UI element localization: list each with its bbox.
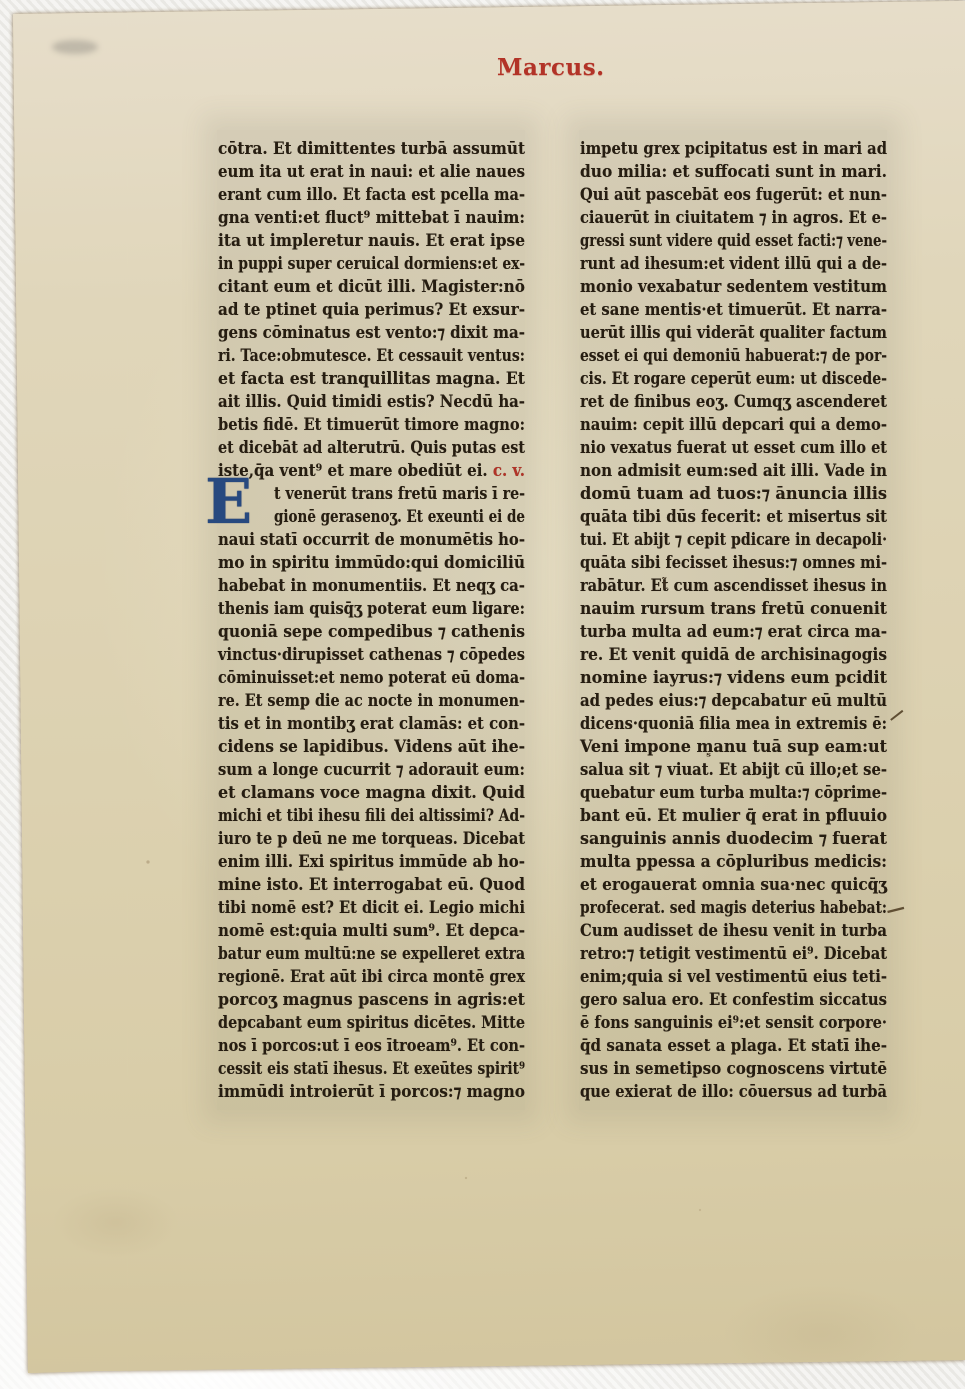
text-line: eum ita ut erat in naui: et alie naues xyxy=(218,160,525,183)
text-line: profecerat. sed magis deterius habebat: xyxy=(580,896,887,919)
margin-pen-stroke-1: — xyxy=(884,702,910,728)
text-line: cōminuisset:et nemo poterat eū doma- xyxy=(218,666,525,689)
text-line-content: re. Et venit quidā de archisinagogis xyxy=(580,643,887,666)
text-line-content: quoniā sepe compedibus ⁊ cathenis xyxy=(218,620,525,643)
text-line: quebatur eum turba multa:⁊ cōprime- xyxy=(580,781,887,804)
text-line-content: michi et tibi ihesu fili dei altissimi? … xyxy=(218,804,525,827)
text-line-content: gressi sunt videre quid esset facti:⁊ ve… xyxy=(580,229,887,252)
text-line: nauim rursum trans fretū conuenit xyxy=(580,597,887,620)
text-line-content: betis fidē. Et timuerūt timore magno: xyxy=(218,413,525,436)
text-line: uerūt illis qui viderāt qualiter factum xyxy=(580,321,887,344)
text-line: ad pedes eius:⁊ depcabatur eū multū xyxy=(580,689,887,712)
text-line-content: mine isto. Et interrogabat eū. Quod xyxy=(218,873,525,896)
text-line: bant eū. Et mulier q̄ erat in pfluuio xyxy=(580,804,887,827)
text-line-content: vinctus·dirupisset cathenas ⁊ cōpedes xyxy=(218,643,525,666)
text-line: mo in spiritu immūdo:qui domiciliū xyxy=(218,551,525,574)
text-line: gens cōminatus est vento:⁊ dixit ma- xyxy=(218,321,525,344)
text-line-content: Cum audisset de ihesu venit in turba xyxy=(580,919,887,942)
text-line: dicens·quoniā filia mea in extremis ē: xyxy=(580,712,887,735)
text-line: esset ei qui demoniū habuerat:⁊ de por- xyxy=(580,344,887,367)
text-line: erant cum illo. Et facta est pcella ma- xyxy=(218,183,525,206)
text-line: sus in semetipso cognoscens virtutē xyxy=(580,1057,887,1080)
text-line: et erogauerat omnia sua·nec quicq̄ʒ xyxy=(580,873,887,896)
text-line-content: sanguinis annis duodecim ⁊ fuerat xyxy=(580,827,887,850)
text-line-content: tibi nomē est? Et dicit ei. Legio michi xyxy=(218,896,525,919)
text-line: enim;quia si vel vestimentū eius teti- xyxy=(580,965,887,988)
text-line-content: rabātur. Et cum ascendisset ihesus in xyxy=(580,574,887,597)
text-line: porcoʒ magnus pascens in agris:et xyxy=(218,988,525,1011)
text-line: in puppi super ceruical dormiens:et ex- xyxy=(218,252,525,275)
text-line: ciauerūt in ciuitatem ⁊ in agros. Et e- xyxy=(580,206,887,229)
text-line-content: domū tuam ad tuos:⁊ ānuncia illis xyxy=(580,482,887,505)
text-line-content: quāta tibi dūs fecerit: et misertus sit xyxy=(580,505,887,528)
text-line: gero salua ero. Et confestim siccatus xyxy=(580,988,887,1011)
interlinear-correction-2: ˢ xyxy=(706,750,711,765)
text-line: iuro te p deū ne me torqueas. Dicebat xyxy=(218,827,525,850)
text-line-content: et facta est tranquillitas magna. Et xyxy=(218,367,525,390)
text-line: gressi sunt videre quid esset facti:⁊ ve… xyxy=(580,229,887,252)
text-line-content: dicens·quoniā filia mea in extremis ē: xyxy=(580,712,887,735)
text-line-content: duo milia: et suffocati sunt in mari. xyxy=(580,160,887,183)
text-column-left: cōtra. Et dimittentes turbā assumūteum i… xyxy=(218,137,525,1103)
text-line: regionē. Erat aūt ibi circa montē grex xyxy=(218,965,525,988)
text-line: mine isto. Et interrogabat eū. Quod xyxy=(218,873,525,896)
text-line-content: Qui aūt pascebāt eos fugerūt: et nun- xyxy=(580,183,887,206)
pencil-mark xyxy=(52,40,98,54)
text-line-content: nio vexatus fuerat ut esset cum illo et xyxy=(580,436,887,459)
text-line: Qui aūt pascebāt eos fugerūt: et nun- xyxy=(580,183,887,206)
text-line: betis fidē. Et timuerūt timore magno: xyxy=(218,413,525,436)
text-line: que exierat de illo: cōuersus ad turbā xyxy=(580,1080,887,1103)
text-line-content: runt ad ihesum:et vident illū qui a de- xyxy=(580,252,887,275)
text-line-content: batur eum multū:ne se expelleret extra xyxy=(218,942,525,965)
text-line: cōtra. Et dimittentes turbā assumūt xyxy=(218,137,525,160)
text-line-content: regionē. Erat aūt ibi circa montē grex xyxy=(218,965,525,988)
text-line: nomine iayrus:⁊ videns eum pcidit xyxy=(580,666,887,689)
text-line: citant eum et dicūt illi. Magister:nō xyxy=(218,275,525,298)
text-line: cidens se lapidibus. Videns aūt ihe- xyxy=(218,735,525,758)
text-line: cessit eis statī ihesus. Et exeūtes spir… xyxy=(218,1057,525,1080)
text-line-content: cidens se lapidibus. Videns aūt ihe- xyxy=(218,735,525,758)
text-line-content: gionē gerasenoʒ. Et exeunti ei de xyxy=(274,505,525,528)
text-line: tibi nomē est? Et dicit ei. Legio michi xyxy=(218,896,525,919)
text-line: q̄d sanata esset a plaga. Et statī ihe- xyxy=(580,1034,887,1057)
text-line: nauim: cepit illū depcari qui a demo- xyxy=(580,413,887,436)
text-line: sanguinis annis duodecim ⁊ fuerat xyxy=(580,827,887,850)
text-line: tui. Et abijt ⁊ cepit pdicare in decapol… xyxy=(580,528,887,551)
text-line-content: nomē est:quia multi sum⁹. Et depca- xyxy=(218,919,525,942)
chapter-rubric: c. v. xyxy=(493,461,525,480)
text-line: gna venti:et fluct⁹ mittebat ī nauim: xyxy=(218,206,525,229)
text-line: ita ut impleretur nauis. Et erat ipse xyxy=(218,229,525,252)
text-line-content: quebatur eum turba multa:⁊ cōprime- xyxy=(580,781,887,804)
text-line-content: impetu grex pcipitatus est in mari ad xyxy=(580,137,887,160)
text-line: Cum audisset de ihesu venit in turba xyxy=(580,919,887,942)
text-line: sum a longe cucurrit ⁊ adorauit eum: xyxy=(218,758,525,781)
text-line-content: iuro te p deū ne me torqueas. Dicebat xyxy=(218,827,525,850)
text-line-content: ri. Tace:obmutesce. Et cessauit ventus: xyxy=(218,344,525,367)
text-line-content: monio vexabatur sedentem vestitum xyxy=(580,275,887,298)
text-line-content: re. Et semp die ac nocte in monumen- xyxy=(218,689,525,712)
text-line: ad te ptinet quia perimus? Et exsur- xyxy=(218,298,525,321)
text-line: turba multa ad eum:⁊ erat circa ma- xyxy=(580,620,887,643)
text-line-content: ad te ptinet quia perimus? Et exsur- xyxy=(218,298,525,321)
text-line: ē fons sanguinis ei⁹:et sensit corpore· xyxy=(580,1011,887,1034)
text-line-content: thenis iam quisq̄ʒ poterat eum ligare: xyxy=(218,597,525,620)
leaf-edge-shadow: Marcus. cōtra. Et dimittentes turbā assu… xyxy=(0,0,965,1389)
text-line-content: salua sit ⁊ viuat. Et abijt cū illo;et s… xyxy=(580,758,887,781)
text-line-content: ē fons sanguinis ei⁹:et sensit corpore· xyxy=(580,1011,887,1034)
text-line-content: Veni impone manu tuā sup eam:ut xyxy=(580,735,887,758)
margin-pen-stroke-2: — xyxy=(884,896,908,922)
text-line-content: q̄d sanata esset a plaga. Et statī ihe- xyxy=(580,1034,887,1057)
text-line-content: esset ei qui demoniū habuerat:⁊ de por- xyxy=(580,344,887,367)
interlinear-correction-1: t̃ xyxy=(662,578,668,592)
text-line: et sane mentis·et timuerūt. Et narra- xyxy=(580,298,887,321)
text-line: immūdi introierūt ī porcos:⁊ magno xyxy=(218,1080,525,1103)
text-line-content: gero salua ero. Et confestim siccatus xyxy=(580,988,887,1011)
text-line: et dicebāt ad alterutrū. Quis putas est xyxy=(218,436,525,459)
running-title: Marcus. xyxy=(497,54,617,81)
text-line-content: uerūt illis qui viderāt qualiter factum xyxy=(580,321,887,344)
text-line-content: sus in semetipso cognoscens virtutē xyxy=(580,1057,887,1080)
text-line-content: immūdi introierūt ī porcos:⁊ magno xyxy=(218,1080,525,1103)
text-column-right: impetu grex pcipitatus est in mari adduo… xyxy=(580,137,887,1103)
text-line: vinctus·dirupisset cathenas ⁊ cōpedes xyxy=(218,643,525,666)
text-line: tis et in montibʒ erat clamās: et con- xyxy=(218,712,525,735)
text-line-content: porcoʒ magnus pascens in agris:et xyxy=(218,988,525,1011)
text-line: monio vexabatur sedentem vestitum xyxy=(580,275,887,298)
text-line: salua sit ⁊ viuat. Et abijt cū illo;et s… xyxy=(580,758,887,781)
text-line: re. Et venit quidā de archisinagogis xyxy=(580,643,887,666)
text-line-content: turba multa ad eum:⁊ erat circa ma- xyxy=(580,620,887,643)
text-line: impetu grex pcipitatus est in mari ad xyxy=(580,137,887,160)
text-line-content: ad pedes eius:⁊ depcabatur eū multū xyxy=(580,689,887,712)
text-line-content: in puppi super ceruical dormiens:et ex- xyxy=(218,252,525,275)
text-line-content: habebat in monumentiis. Et neqʒ ca- xyxy=(218,574,525,597)
illuminated-initial-e: E xyxy=(205,478,263,530)
text-line: rabātur. Et cum ascendisset ihesus in xyxy=(580,574,887,597)
text-line-content: et sane mentis·et timuerūt. Et narra- xyxy=(580,298,887,321)
text-line: quoniā sepe compedibus ⁊ cathenis xyxy=(218,620,525,643)
text-line-content: tui. Et abijt ⁊ cepit pdicare in decapol… xyxy=(580,528,887,551)
text-line-content: nauim: cepit illū depcari qui a demo- xyxy=(580,413,887,436)
text-line-content: naui statī occurrit de monumētis ho- xyxy=(218,528,525,551)
text-line: cis. Et rogare ceperūt eum: ut discede- xyxy=(580,367,887,390)
text-line: quāta sibi fecisset ihesus:⁊ omnes mi- xyxy=(580,551,887,574)
text-line-content: que exierat de illo: cōuersus ad turbā xyxy=(580,1080,887,1103)
text-line: quāta tibi dūs fecerit: et misertus sit xyxy=(580,505,887,528)
text-line: michi et tibi ihesu fili dei altissimi? … xyxy=(218,804,525,827)
text-line: t venerūt trans fretū maris ī re- xyxy=(218,482,525,505)
text-line: depcabant eum spiritus dicētes. Mitte xyxy=(218,1011,525,1034)
text-line-content: ret de finibus eoʒ. Cumqʒ ascenderet xyxy=(580,390,887,413)
text-line-content: cōminuisset:et nemo poterat eū doma- xyxy=(218,666,525,689)
text-line-content: ciauerūt in ciuitatem ⁊ in agros. Et e- xyxy=(580,206,887,229)
text-line: multa ppessa a cōpluribus medicis: xyxy=(580,850,887,873)
text-line: ait illis. Quid timidi estis? Necdū ha- xyxy=(218,390,525,413)
text-line: batur eum multū:ne se expelleret extra xyxy=(218,942,525,965)
text-line-content: bant eū. Et mulier q̄ erat in pfluuio xyxy=(580,804,887,827)
text-line: ri. Tace:obmutesce. Et cessauit ventus: xyxy=(218,344,525,367)
text-line-content: enim;quia si vel vestimentū eius teti- xyxy=(580,965,887,988)
text-line-content: retro:⁊ tetigit vestimentū ei⁹. Dicebat xyxy=(580,942,887,965)
text-line: non admisit eum:sed ait illi. Vade in xyxy=(580,459,887,482)
text-line: nos ī porcos:ut ī eos ītroeam⁹. Et con- xyxy=(218,1034,525,1057)
text-line-content: iste,q̄a vent⁹ et mare obediūt ei. c. v. xyxy=(218,459,525,482)
text-line-content: citant eum et dicūt illi. Magister:nō xyxy=(218,275,525,298)
text-line-content: nomine iayrus:⁊ videns eum pcidit xyxy=(580,666,887,689)
text-line: runt ad ihesum:et vident illū qui a de- xyxy=(580,252,887,275)
text-line-content: profecerat. sed magis deterius habebat: xyxy=(580,896,887,919)
text-line-content: nauim rursum trans fretū conuenit xyxy=(580,597,887,620)
text-line: nomē est:quia multi sum⁹. Et depca- xyxy=(218,919,525,942)
text-line-content: et erogauerat omnia sua·nec quicq̄ʒ xyxy=(580,873,887,896)
text-line-content: ita ut impleretur nauis. Et erat ipse xyxy=(218,229,525,252)
text-line: et facta est tranquillitas magna. Et xyxy=(218,367,525,390)
text-line: thenis iam quisq̄ʒ poterat eum ligare: xyxy=(218,597,525,620)
text-line: domū tuam ad tuos:⁊ ānuncia illis xyxy=(580,482,887,505)
text-line-content: cōtra. Et dimittentes turbā assumūt xyxy=(218,137,525,160)
text-line: iste,q̄a vent⁹ et mare obediūt ei. c. v. xyxy=(218,459,525,482)
text-line-content: enim illi. Exi spiritus immūde ab ho- xyxy=(218,850,525,873)
text-line-content: multa ppessa a cōpluribus medicis: xyxy=(580,850,887,873)
text-line: Veni impone manu tuā sup eam:ut xyxy=(580,735,887,758)
text-line: nio vexatus fuerat ut esset cum illo et xyxy=(580,436,887,459)
text-line-content: erant cum illo. Et facta est pcella ma- xyxy=(218,183,525,206)
text-line-content: nos ī porcos:ut ī eos ītroeam⁹. Et con- xyxy=(218,1034,525,1057)
text-line-content: sum a longe cucurrit ⁊ adorauit eum: xyxy=(218,758,525,781)
text-line-content: cessit eis statī ihesus. Et exeūtes spir… xyxy=(218,1057,525,1080)
text-line: et clamans voce magna dixit. Quid xyxy=(218,781,525,804)
text-line: enim illi. Exi spiritus immūde ab ho- xyxy=(218,850,525,873)
text-line: retro:⁊ tetigit vestimentū ei⁹. Dicebat xyxy=(580,942,887,965)
text-line: re. Et semp die ac nocte in monumen- xyxy=(218,689,525,712)
text-line-content: quāta sibi fecisset ihesus:⁊ omnes mi- xyxy=(580,551,887,574)
text-line-content: non admisit eum:sed ait illi. Vade in xyxy=(580,459,887,482)
text-line-content: tis et in montibʒ erat clamās: et con- xyxy=(218,712,525,735)
text-line-content: et clamans voce magna dixit. Quid xyxy=(218,781,525,804)
text-line: ret de finibus eoʒ. Cumqʒ ascenderet xyxy=(580,390,887,413)
text-line-content: cis. Et rogare ceperūt eum: ut discede- xyxy=(580,367,887,390)
text-line: gionē gerasenoʒ. Et exeunti ei de xyxy=(218,505,525,528)
text-line-content: t venerūt trans fretū maris ī re- xyxy=(274,482,525,505)
text-line-content: depcabant eum spiritus dicētes. Mitte xyxy=(218,1011,525,1034)
text-line-content: et dicebāt ad alterutrū. Quis putas est xyxy=(218,436,525,459)
text-line-content: gens cōminatus est vento:⁊ dixit ma- xyxy=(218,321,525,344)
text-line-content: eum ita ut erat in naui: et alie naues xyxy=(218,160,525,183)
text-line: habebat in monumentiis. Et neqʒ ca- xyxy=(218,574,525,597)
manuscript-leaf: Marcus. cōtra. Et dimittentes turbā assu… xyxy=(0,0,965,1389)
text-line-content: mo in spiritu immūdo:qui domiciliū xyxy=(218,551,525,574)
text-line-content: ait illis. Quid timidi estis? Necdū ha- xyxy=(218,390,525,413)
text-line-content: gna venti:et fluct⁹ mittebat ī nauim: xyxy=(218,206,525,229)
text-line: duo milia: et suffocati sunt in mari. xyxy=(580,160,887,183)
text-line: naui statī occurrit de monumētis ho- xyxy=(218,528,525,551)
